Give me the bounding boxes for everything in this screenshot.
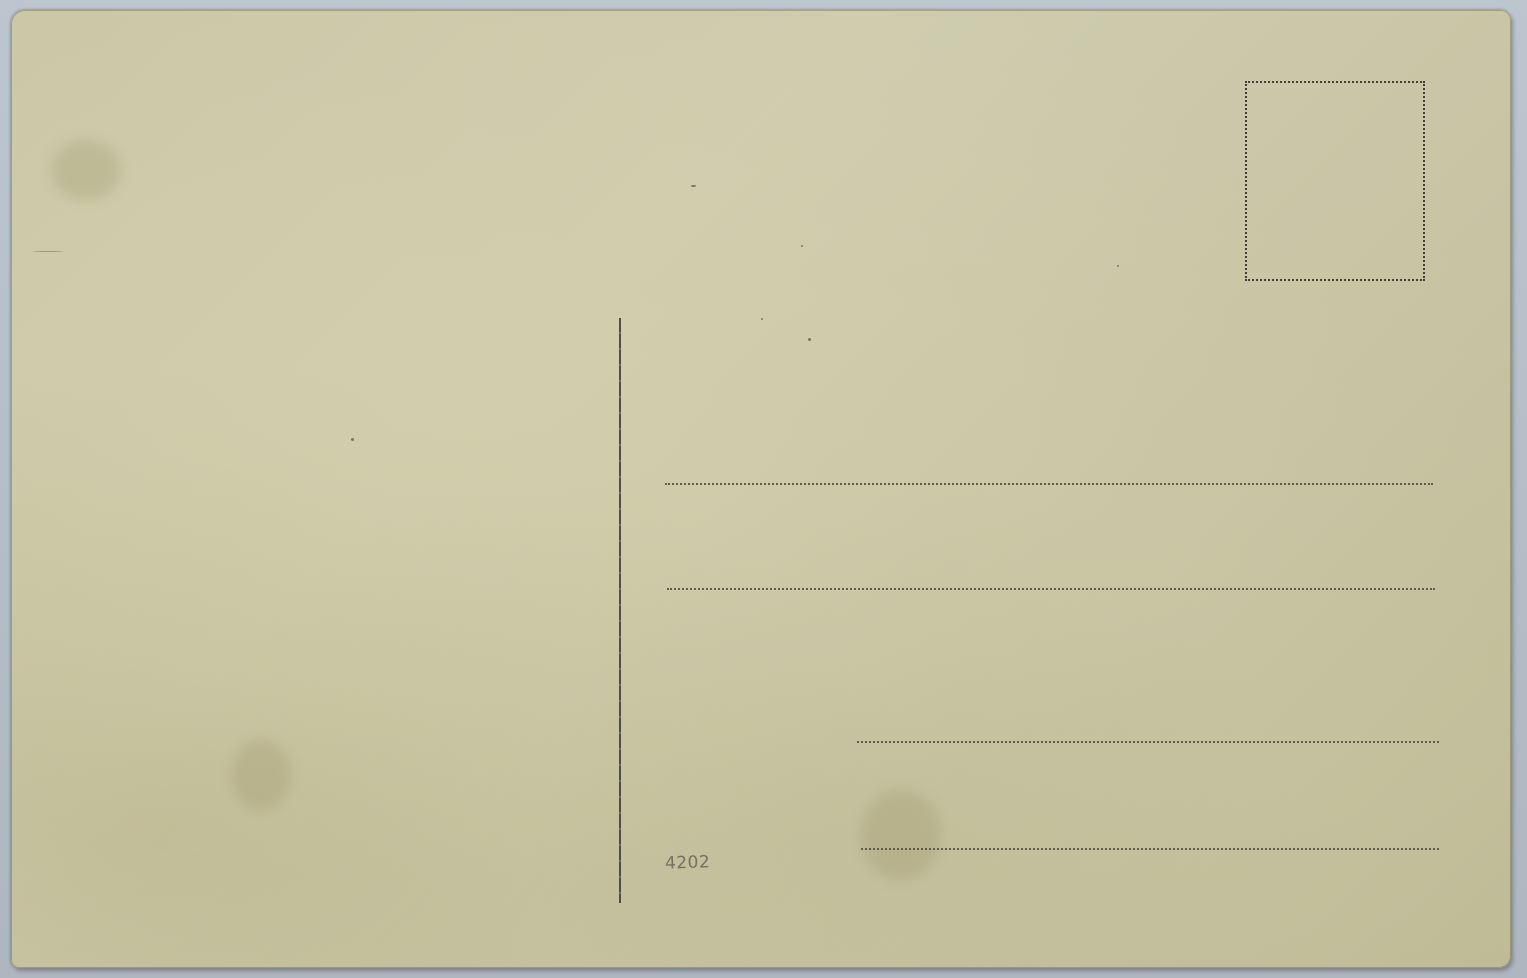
stain-bottom-center bbox=[861, 790, 941, 880]
photo-background: 4202 bbox=[0, 0, 1527, 978]
message-area bbox=[41, 40, 601, 930]
address-line-2 bbox=[667, 588, 1435, 590]
stamp-box bbox=[1245, 81, 1425, 281]
print-number: 4202 bbox=[665, 852, 711, 874]
speck bbox=[808, 338, 811, 341]
speck bbox=[801, 245, 803, 247]
speck bbox=[1117, 265, 1119, 267]
postcard-back: 4202 bbox=[11, 10, 1511, 968]
message-address-divider bbox=[619, 318, 621, 903]
speck bbox=[761, 318, 763, 320]
address-line-1 bbox=[665, 483, 1433, 485]
address-line-3 bbox=[857, 741, 1439, 743]
speck bbox=[691, 185, 696, 187]
address-line-4 bbox=[861, 848, 1439, 850]
